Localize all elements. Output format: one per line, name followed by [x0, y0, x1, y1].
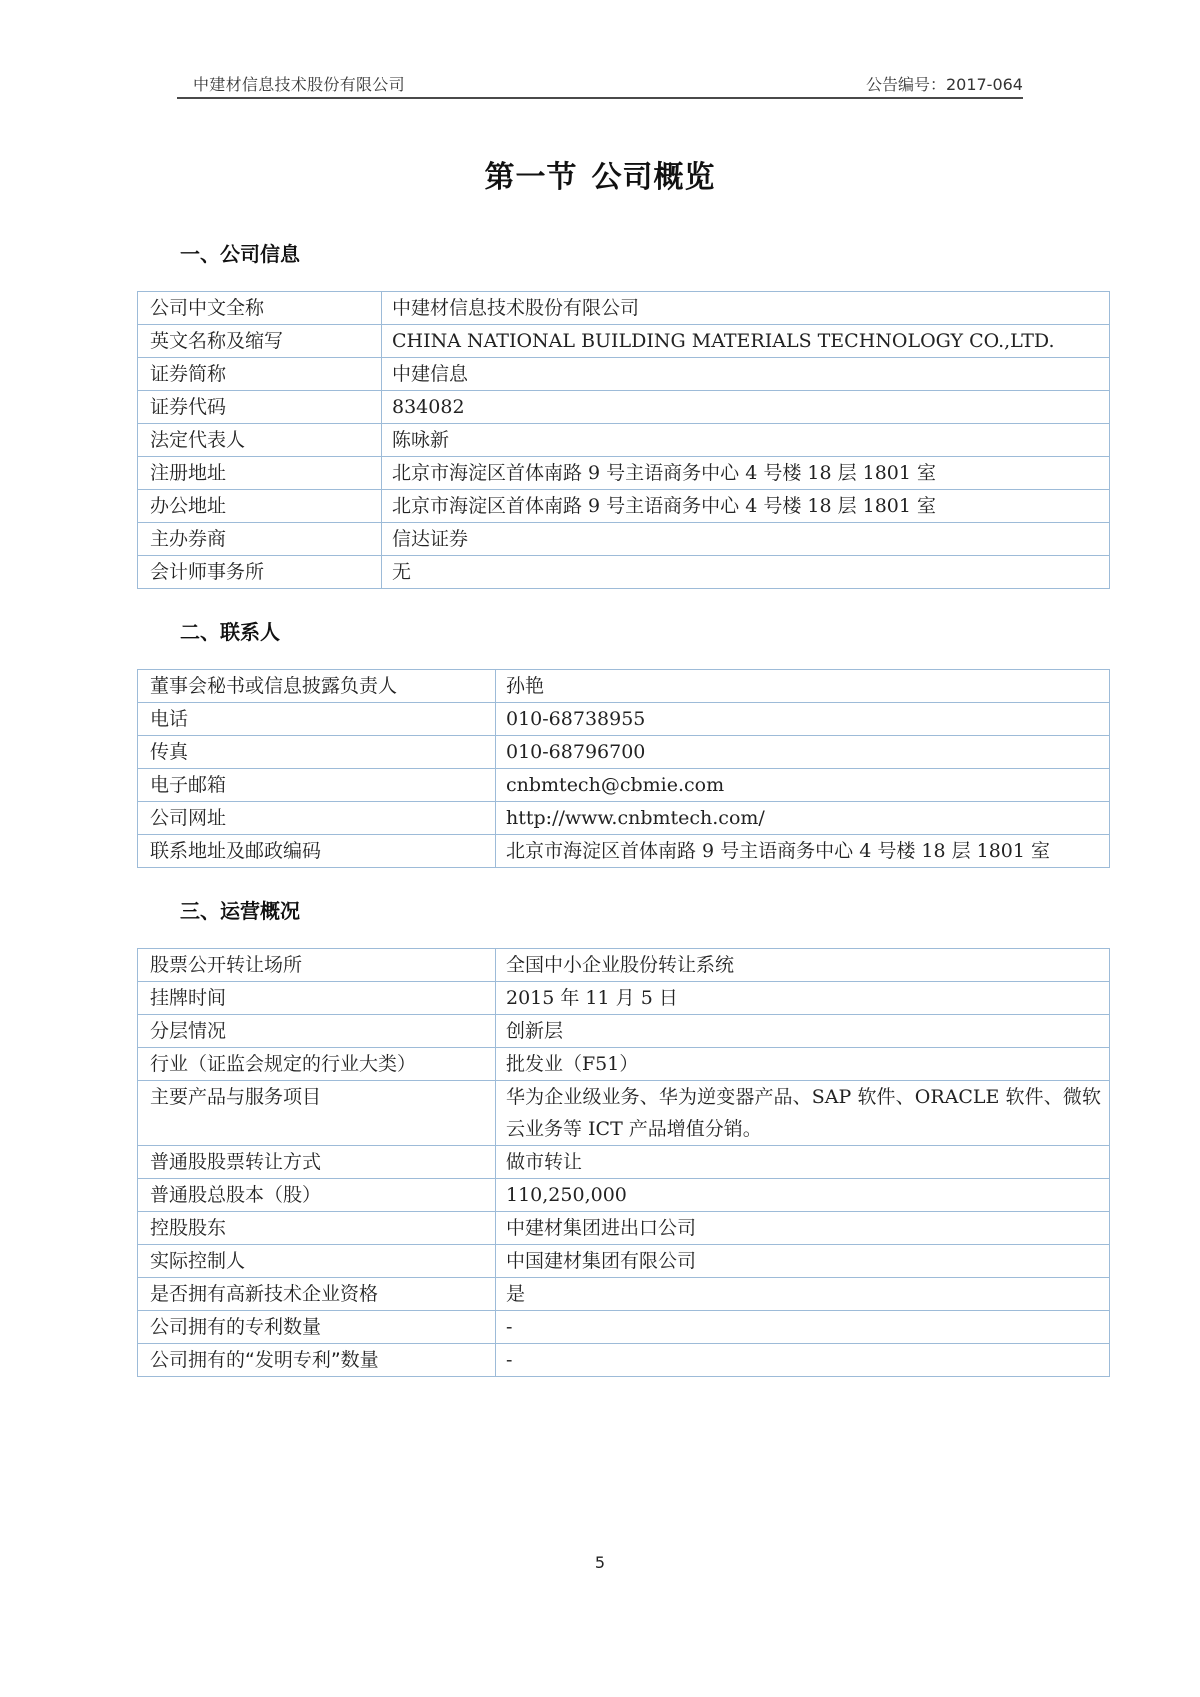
table-row: 会计师事务所无 [138, 556, 1110, 589]
header-company-name: 中建材信息技术股份有限公司 [193, 72, 405, 95]
row-value: 华为企业级业务、华为逆变器产品、SAP 软件、ORACLE 软件、微软云业务等 … [496, 1081, 1110, 1146]
company-info-table: 公司中文全称中建材信息技术股份有限公司 英文名称及缩写CHINA NATIONA… [137, 291, 1110, 589]
section-heading-company-info: 一、公司信息 [180, 238, 300, 267]
row-value: 834082 [382, 391, 1110, 424]
row-value: 2015 年 11 月 5 日 [496, 982, 1110, 1015]
row-label: 联系地址及邮政编码 [138, 835, 496, 868]
row-label: 电话 [138, 703, 496, 736]
row-value: 北京市海淀区首体南路 9 号主语商务中心 4 号楼 18 层 1801 室 [382, 490, 1110, 523]
row-label: 分层情况 [138, 1015, 496, 1048]
row-value: 创新层 [496, 1015, 1110, 1048]
row-value: 无 [382, 556, 1110, 589]
row-value: 是 [496, 1278, 1110, 1311]
row-value: CHINA NATIONAL BUILDING MATERIALS TECHNO… [382, 325, 1110, 358]
row-label: 股票公开转让场所 [138, 949, 496, 982]
row-value: 全国中小企业股份转让系统 [496, 949, 1110, 982]
page-number: 5 [0, 1553, 1200, 1572]
row-label: 董事会秘书或信息披露负责人 [138, 670, 496, 703]
row-value: 中建材信息技术股份有限公司 [382, 292, 1110, 325]
row-label: 是否拥有高新技术企业资格 [138, 1278, 496, 1311]
contact-table: 董事会秘书或信息披露负责人孙艳 电话010-68738955 传真010-687… [137, 669, 1110, 868]
title-section-name: 公司概览 [592, 160, 716, 195]
row-value: 中建信息 [382, 358, 1110, 391]
table-row: 办公地址北京市海淀区首体南路 9 号主语商务中心 4 号楼 18 层 1801 … [138, 490, 1110, 523]
table-row: 股票公开转让场所全国中小企业股份转让系统 [138, 949, 1110, 982]
row-value: 北京市海淀区首体南路 9 号主语商务中心 4 号楼 18 层 1801 室 [382, 457, 1110, 490]
row-label: 公司网址 [138, 802, 496, 835]
email-link[interactable]: cnbmtech@cbmie.com [496, 769, 1110, 802]
table-row: 证券代码834082 [138, 391, 1110, 424]
row-label: 传真 [138, 736, 496, 769]
row-value: 010-68738955 [496, 703, 1110, 736]
row-label: 挂牌时间 [138, 982, 496, 1015]
row-value: 中国建材集团有限公司 [496, 1245, 1110, 1278]
header-divider [177, 97, 1023, 99]
table-row: 公司拥有的专利数量- [138, 1311, 1110, 1344]
row-label: 普通股股票转让方式 [138, 1146, 496, 1179]
table-row: 实际控制人中国建材集团有限公司 [138, 1245, 1110, 1278]
row-label: 办公地址 [138, 490, 382, 523]
table-row: 注册地址北京市海淀区首体南路 9 号主语商务中心 4 号楼 18 层 1801 … [138, 457, 1110, 490]
table-row: 董事会秘书或信息披露负责人孙艳 [138, 670, 1110, 703]
row-label: 主办券商 [138, 523, 382, 556]
row-value: 中建材集团进出口公司 [496, 1212, 1110, 1245]
table-row: 普通股总股本（股）110,250,000 [138, 1179, 1110, 1212]
section-heading-operations: 三、运营概况 [180, 895, 300, 924]
table-row: 证券简称中建信息 [138, 358, 1110, 391]
table-row: 电子邮箱cnbmtech@cbmie.com [138, 769, 1110, 802]
row-value: 批发业（F51） [496, 1048, 1110, 1081]
row-value: 孙艳 [496, 670, 1110, 703]
row-label: 公司拥有的“发明专利”数量 [138, 1344, 496, 1377]
title-section-number: 第一节 [485, 160, 578, 195]
page-title: 第一节公司概览 [0, 152, 1200, 196]
table-row: 挂牌时间2015 年 11 月 5 日 [138, 982, 1110, 1015]
table-row: 英文名称及缩写CHINA NATIONAL BUILDING MATERIALS… [138, 325, 1110, 358]
row-label: 普通股总股本（股） [138, 1179, 496, 1212]
row-value: 北京市海淀区首体南路 9 号主语商务中心 4 号楼 18 层 1801 室 [496, 835, 1110, 868]
row-value: 信达证券 [382, 523, 1110, 556]
row-value: - [496, 1311, 1110, 1344]
table-row: 公司拥有的“发明专利”数量- [138, 1344, 1110, 1377]
row-label: 注册地址 [138, 457, 382, 490]
row-value: 110,250,000 [496, 1179, 1110, 1212]
table-row: 公司网址http://www.cnbmtech.com/ [138, 802, 1110, 835]
row-label: 控股股东 [138, 1212, 496, 1245]
row-label: 主要产品与服务项目 [138, 1081, 496, 1146]
row-value: - [496, 1344, 1110, 1377]
row-value: 做市转让 [496, 1146, 1110, 1179]
row-value: 010-68796700 [496, 736, 1110, 769]
row-label: 证券代码 [138, 391, 382, 424]
row-label: 公司中文全称 [138, 292, 382, 325]
table-row: 主办券商信达证券 [138, 523, 1110, 556]
row-label: 行业（证监会规定的行业大类） [138, 1048, 496, 1081]
row-label: 法定代表人 [138, 424, 382, 457]
operations-table: 股票公开转让场所全国中小企业股份转让系统 挂牌时间2015 年 11 月 5 日… [137, 948, 1110, 1377]
table-row: 传真010-68796700 [138, 736, 1110, 769]
row-label: 会计师事务所 [138, 556, 382, 589]
table-row: 普通股股票转让方式做市转让 [138, 1146, 1110, 1179]
table-row: 联系地址及邮政编码北京市海淀区首体南路 9 号主语商务中心 4 号楼 18 层 … [138, 835, 1110, 868]
table-row: 主要产品与服务项目华为企业级业务、华为逆变器产品、SAP 软件、ORACLE 软… [138, 1081, 1110, 1146]
row-label: 公司拥有的专利数量 [138, 1311, 496, 1344]
table-row: 公司中文全称中建材信息技术股份有限公司 [138, 292, 1110, 325]
table-row: 行业（证监会规定的行业大类）批发业（F51） [138, 1048, 1110, 1081]
row-label: 实际控制人 [138, 1245, 496, 1278]
page-header: 中建材信息技术股份有限公司 公告编号：2017-064 [177, 68, 1023, 97]
table-row: 是否拥有高新技术企业资格是 [138, 1278, 1110, 1311]
table-row: 控股股东中建材集团进出口公司 [138, 1212, 1110, 1245]
table-row: 法定代表人陈咏新 [138, 424, 1110, 457]
table-row: 电话010-68738955 [138, 703, 1110, 736]
table-row: 分层情况创新层 [138, 1015, 1110, 1048]
row-label: 英文名称及缩写 [138, 325, 382, 358]
row-value: 陈咏新 [382, 424, 1110, 457]
website-link[interactable]: http://www.cnbmtech.com/ [496, 802, 1110, 835]
row-label: 电子邮箱 [138, 769, 496, 802]
header-announcement-number: 公告编号：2017-064 [866, 72, 1023, 95]
row-label: 证券简称 [138, 358, 382, 391]
section-heading-contact: 二、联系人 [180, 616, 280, 645]
